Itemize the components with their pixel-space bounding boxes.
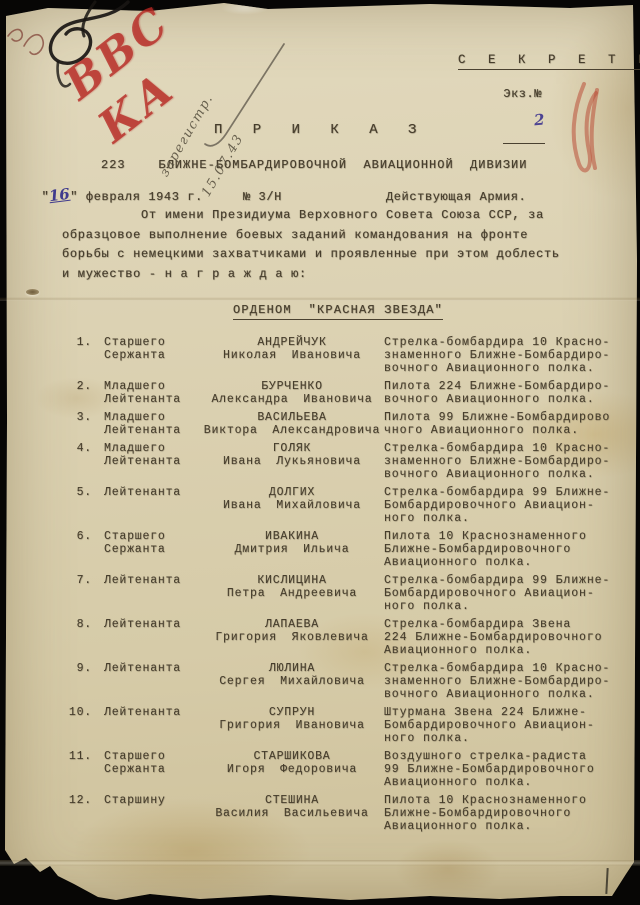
award-entry: 4.Младшего ЛейтенантаГОЛЯК Ивана Лукьяно…	[58, 442, 632, 481]
entry-number: 7.	[58, 574, 96, 613]
month-year: февраля 1943 г.	[78, 190, 203, 204]
entry-name: ЛАПАЕВА Григория Яковлевича	[200, 618, 384, 657]
entry-citation: Пилота 99 Ближне-Бомбардирово чного Авиа…	[384, 411, 632, 437]
entry-citation: Стрелка-бомбардира 10 Красно- знаменного…	[384, 442, 632, 481]
entry-name: ДОЛГИХ Ивана Михайловича	[200, 486, 384, 525]
entry-citation: Стрелка-бомбардира 10 Красно- знаменного…	[384, 662, 632, 701]
award-entry: 10.ЛейтенантаСУПРУН Григория ИвановичаШт…	[58, 706, 632, 745]
entry-rank: Старшего Сержанта	[96, 750, 200, 789]
quote-close: "	[70, 190, 78, 204]
award-entry: 5.ЛейтенантаДОЛГИХ Ивана МихайловичаСтре…	[58, 486, 632, 525]
entry-citation: Стрелка-бомбардира 99 Ближне- Бомбардиро…	[384, 574, 632, 613]
entry-number: 8.	[58, 618, 96, 657]
entry-name: БУРЧЕНКО Александра Ивановича	[200, 380, 384, 406]
entry-citation: Штурмана Звена 224 Ближне- Бомбардировоч…	[384, 706, 632, 745]
handwritten-copy-number: 2	[534, 115, 545, 126]
award-entry: 2.Младшего ЛейтенантаБУРЧЕНКО Александра…	[58, 380, 632, 406]
copy-label: Экз.№	[503, 87, 542, 101]
entry-rank: Лейтенанта	[96, 574, 200, 613]
award-heading: ОРДЕНОМ "КРАСНАЯ ЗВЕЗДА"	[233, 303, 443, 320]
entry-name: СТАРШИКОВА Игоря Федоровича	[200, 750, 384, 789]
preamble-paragraph: От имени Президиума Верховного Совета Со…	[62, 206, 572, 284]
award-entry: 3.Младшего ЛейтенантаВАСИЛЬЕВА Виктора А…	[58, 411, 632, 437]
entry-rank: Старшину	[96, 794, 200, 833]
scanned-document-page: { "document": { "classification": "С Е К…	[0, 0, 640, 905]
entry-name: ЛЮЛИНА Сергея Михайловича	[200, 662, 384, 701]
award-entry: 1.Старшего СержантаАНДРЕЙЧУК Николая Ива…	[58, 336, 632, 375]
award-entries: 1.Старшего СержантаАНДРЕЙЧУК Николая Ива…	[58, 336, 632, 838]
entry-name: ИВАКИНА Дмитрия Ильича	[200, 530, 384, 569]
entry-rank: Старшего Сержанта	[96, 336, 200, 375]
entry-name: СТЕШИНА Василия Васильевича	[200, 794, 384, 833]
army-label: Действующая Армия.	[386, 190, 526, 204]
entry-citation: Пилота 10 Краснознаменного Ближне-Бомбар…	[384, 530, 632, 569]
handwritten-day: 16	[49, 189, 71, 203]
award-entry: 9.ЛейтенантаЛЮЛИНА Сергея МихайловичаСтр…	[58, 662, 632, 701]
entry-name: ВАСИЛЬЕВА Виктора Александровича	[200, 411, 384, 437]
entry-name: СУПРУН Григория Ивановича	[200, 706, 384, 745]
entry-rank: Старшего Сержанта	[96, 530, 200, 569]
entry-rank: Младшего Лейтенанта	[96, 442, 200, 481]
award-entry: 12.СтаршинуСТЕШИНА Василия ВасильевичаПи…	[58, 794, 632, 833]
entry-citation: Пилота 224 Ближне-Бомбардиро- вочного Ав…	[384, 380, 632, 406]
order-number: № 3/Н	[243, 190, 282, 204]
award-entry: 6.Старшего СержантаИВАКИНА Дмитрия Ильич…	[58, 530, 632, 569]
paper-hole	[26, 289, 39, 295]
award-entry: 8.ЛейтенантаЛАПАЕВА Григория ЯковлевичаС…	[58, 618, 632, 657]
entry-number: 4.	[58, 442, 96, 481]
award-entry: 11.Старшего СержантаСТАРШИКОВА Игоря Фед…	[58, 750, 632, 789]
copy-number-line: Экз.№ 2	[488, 73, 545, 144]
entry-citation: Стрелка-бомбардира 99 Ближне- Бомбардиро…	[384, 486, 632, 525]
entry-citation: Стрелка-бомбардира 10 Красно- знаменного…	[384, 336, 632, 375]
entry-citation: Стрелка-бомбардира Звена 224 Ближне-Бомб…	[384, 618, 632, 657]
entry-number: 5.	[58, 486, 96, 525]
entry-rank: Младшего Лейтенанта	[96, 411, 200, 437]
entry-rank: Младшего Лейтенанта	[96, 380, 200, 406]
entry-citation: Пилота 10 Краснознаменного Ближне-Бомбар…	[384, 794, 632, 833]
date-line: "16" февраля 1943 г.№ 3/НДействующая Арм…	[26, 176, 526, 204]
entry-number: 3.	[58, 411, 96, 437]
entry-number: 6.	[58, 530, 96, 569]
entry-name: КИСЛИЦИНА Петра Андреевича	[200, 574, 384, 613]
entry-number: 12.	[58, 794, 96, 833]
entry-rank: Лейтенанта	[96, 618, 200, 657]
copy-number-blank: 2	[503, 101, 544, 144]
entry-number: 2.	[58, 380, 96, 406]
entry-citation: Воздушного стрелка-радиста 99 Ближне-Бом…	[384, 750, 632, 789]
classification-stamp: С Е К Р Е Т Н О	[458, 53, 640, 70]
entry-number: 1.	[58, 336, 96, 375]
entry-rank: Лейтенанта	[96, 662, 200, 701]
entry-number: 11.	[58, 750, 96, 789]
entry-number: 9.	[58, 662, 96, 701]
entry-rank: Лейтенанта	[96, 486, 200, 525]
entry-name: ГОЛЯК Ивана Лукьяновича	[200, 442, 384, 481]
entry-name: АНДРЕЙЧУК Николая Ивановича	[200, 336, 384, 375]
award-entry: 7.ЛейтенантаКИСЛИЦИНА Петра АндреевичаСт…	[58, 574, 632, 613]
entry-number: 10.	[58, 706, 96, 745]
entry-rank: Лейтенанта	[96, 706, 200, 745]
